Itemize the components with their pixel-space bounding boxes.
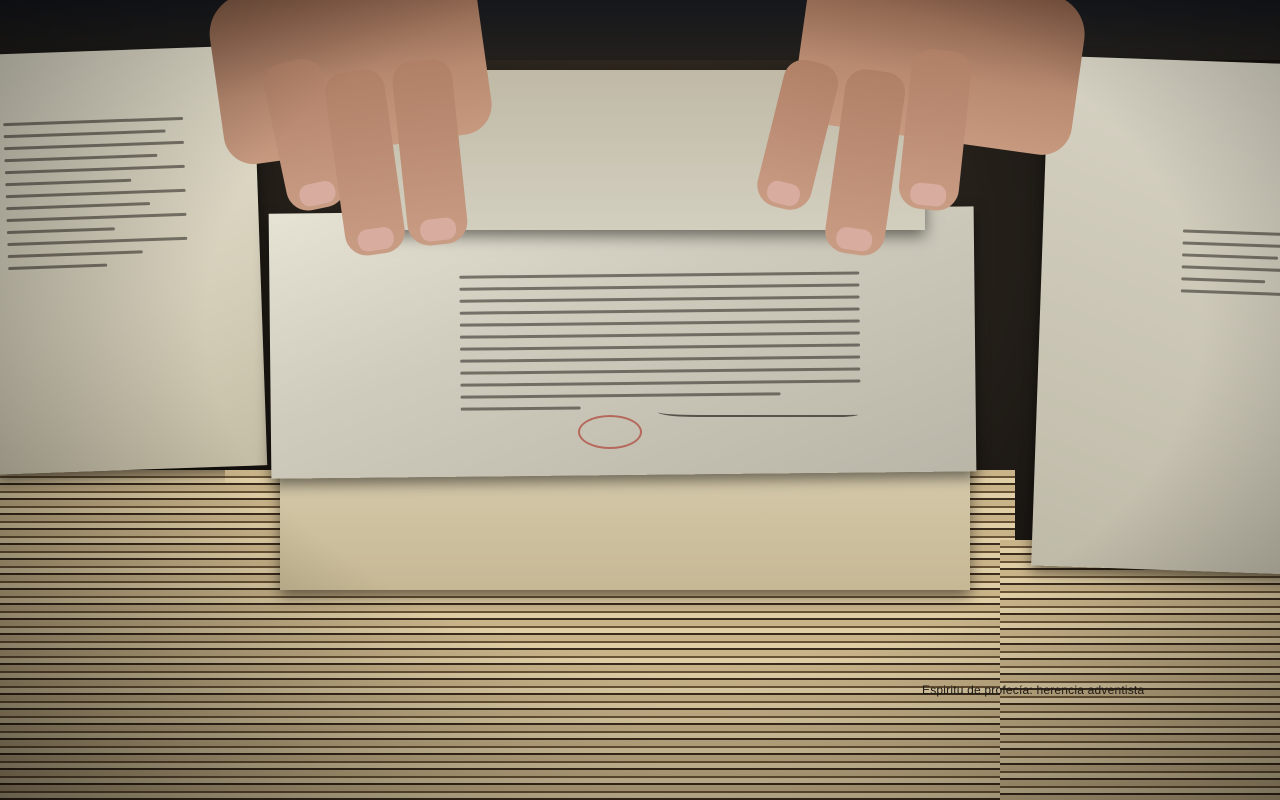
image-caption: Espiritu de profecía: herencia adventist… xyxy=(922,683,1144,697)
document-text-lines xyxy=(1180,220,1280,305)
document-text-lines xyxy=(3,108,189,279)
red-stamp xyxy=(578,415,642,449)
paper-edges xyxy=(1000,540,1280,800)
